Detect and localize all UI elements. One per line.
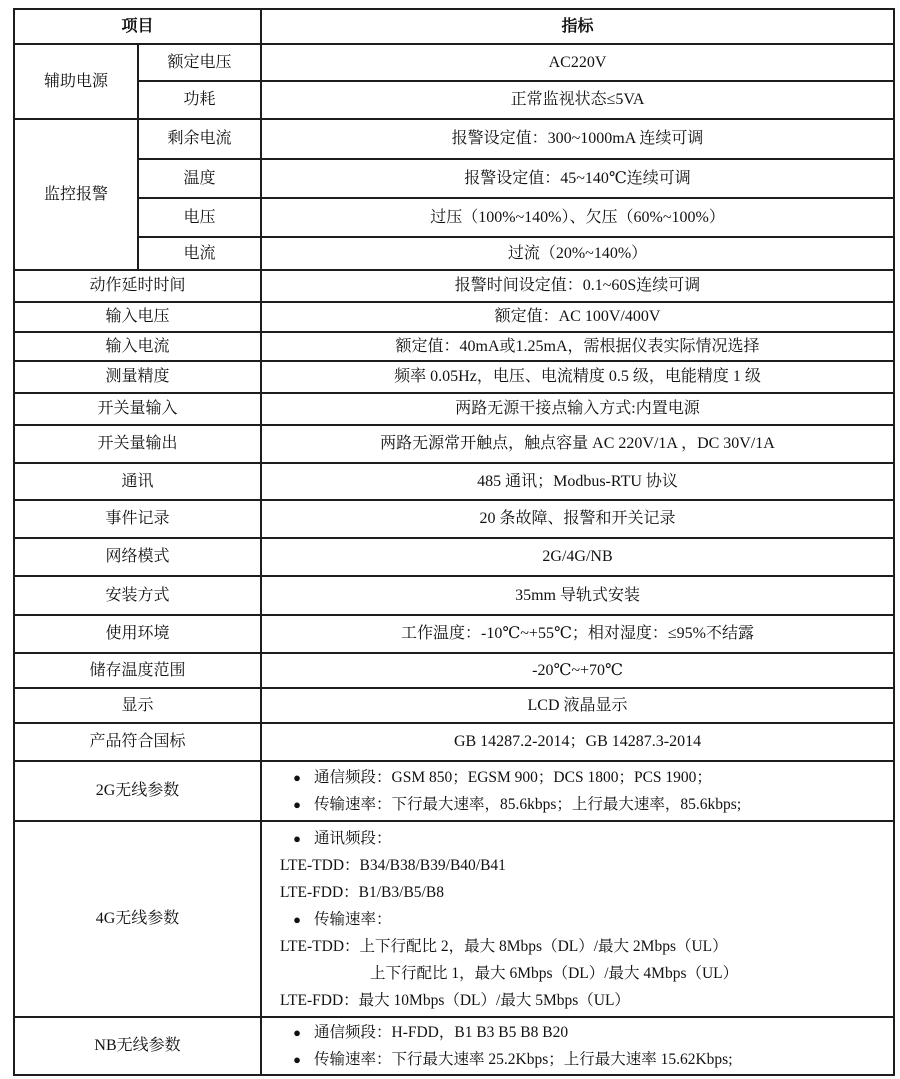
table-row: 动作延时时间 报警时间设定值：0.1~60S连续可调 <box>14 270 894 302</box>
bullet-line: ●传输速率：下行最大速率 25.2Kbps；上行最大速率 15.62Kbps; <box>266 1046 889 1073</box>
bullet-line: ●通信频段：H-FDD，B1 B3 B5 B8 B20 <box>266 1019 889 1046</box>
bullet-line: ●通讯频段： <box>266 825 889 852</box>
row-value: 485 通讯；Modbus-RTU 协议 <box>261 463 894 500</box>
row-label: 动作延时时间 <box>14 270 261 302</box>
text-line: LTE-TDD：B34/B38/B39/B40/B41 <box>266 852 889 879</box>
row-label: 储存温度范围 <box>14 653 261 688</box>
row-value: 报警设定值：45~140℃连续可调 <box>261 159 894 198</box>
row-value-4g: ●通讯频段： LTE-TDD：B34/B38/B39/B40/B41 LTE-F… <box>261 821 894 1017</box>
bullet-icon: ● <box>280 1019 314 1046</box>
sub-label: 剩余电流 <box>138 119 261 159</box>
bullet-icon: ● <box>280 764 314 791</box>
row-value: 工作温度：-10℃~+55℃；相对湿度：≤95%不结露 <box>261 615 894 653</box>
row-label: 显示 <box>14 688 261 723</box>
line-text: LTE-TDD：B34/B38/B39/B40/B41 <box>280 852 506 879</box>
row-value: 20 条故障、报警和开关记录 <box>261 500 894 538</box>
sub-label: 温度 <box>138 159 261 198</box>
header-item-cell: 项目 <box>14 9 261 44</box>
row-label: 安装方式 <box>14 576 261 615</box>
table-row: 测量精度 频率 0.05Hz，电压、电流精度 0.5 级，电能精度 1 级 <box>14 361 894 393</box>
row-value: 过压（100%~140%）、欠压（60%~100%） <box>261 198 894 237</box>
row-label: NB无线参数 <box>14 1017 261 1075</box>
row-label: 开关量输入 <box>14 393 261 425</box>
row-value: 35mm 导轨式安装 <box>261 576 894 615</box>
line-text: 通信频段：H-FDD，B1 B3 B5 B8 B20 <box>314 1019 568 1046</box>
bullet-line: ●传输速率： <box>266 906 889 933</box>
line-text: 通讯频段： <box>314 825 392 852</box>
line-text: LTE-TDD：上下行配比 2，最大 8Mbps（DL）/最大 2Mbps（UL… <box>280 933 728 960</box>
row-value: 额定值：40mA或1.25mA，需根据仪表实际情况选择 <box>261 332 894 361</box>
text-line: LTE-FDD：最大 10Mbps（DL）/最大 5Mbps（UL） <box>266 987 889 1014</box>
table-row: 网络模式 2G/4G/NB <box>14 538 894 576</box>
row-value: 过流（20%~140%） <box>261 237 894 270</box>
table-row: 功耗 正常监视状态≤5VA <box>14 81 894 119</box>
bullet-icon: ● <box>280 1046 314 1073</box>
table-row: 开关量输入 两路无源干接点输入方式:内置电源 <box>14 393 894 425</box>
row-label: 测量精度 <box>14 361 261 393</box>
group-label: 监控报警 <box>14 119 138 270</box>
line-text: 通信频段：GSM 850；EGSM 900；DCS 1800；PCS 1900； <box>314 764 712 791</box>
row-label: 输入电压 <box>14 302 261 332</box>
table-row: 输入电流 额定值：40mA或1.25mA，需根据仪表实际情况选择 <box>14 332 894 361</box>
table-row: 温度 报警设定值：45~140℃连续可调 <box>14 159 894 198</box>
row-label: 事件记录 <box>14 500 261 538</box>
row-label: 输入电流 <box>14 332 261 361</box>
row-value: 正常监视状态≤5VA <box>261 81 894 119</box>
table-row: 电流 过流（20%~140%） <box>14 237 894 270</box>
header-spec-cell: 指标 <box>261 9 894 44</box>
table-row: 开关量输出 两路无源常开触点，触点容量 AC 220V/1A ，DC 30V/1… <box>14 425 894 463</box>
table-row: 辅助电源 额定电压 AC220V <box>14 44 894 81</box>
bullet-icon: ● <box>280 791 314 818</box>
table-header-row: 项目 指标 <box>14 9 894 44</box>
line-text: 传输速率：下行最大速率 25.2Kbps；上行最大速率 15.62Kbps; <box>314 1046 733 1073</box>
row-value: GB 14287.2-2014；GB 14287.3-2014 <box>261 723 894 761</box>
table-row: 显示 LCD 液晶显示 <box>14 688 894 723</box>
row-label: 使用环境 <box>14 615 261 653</box>
sub-label: 额定电压 <box>138 44 261 81</box>
row-value: 两路无源常开触点，触点容量 AC 220V/1A ，DC 30V/1A <box>261 425 894 463</box>
row-value: 额定值：AC 100V/400V <box>261 302 894 332</box>
table-row: 电压 过压（100%~140%）、欠压（60%~100%） <box>14 198 894 237</box>
table-row-nb: NB无线参数 ●通信频段：H-FDD，B1 B3 B5 B8 B20 ●传输速率… <box>14 1017 894 1075</box>
row-value: 2G/4G/NB <box>261 538 894 576</box>
bullet-line: ●通信频段：GSM 850；EGSM 900；DCS 1800；PCS 1900… <box>266 764 889 791</box>
table-row-2g: 2G无线参数 ●通信频段：GSM 850；EGSM 900；DCS 1800；P… <box>14 761 894 821</box>
table-row: 输入电压 额定值：AC 100V/400V <box>14 302 894 332</box>
table-row: 使用环境 工作温度：-10℃~+55℃；相对湿度：≤95%不结露 <box>14 615 894 653</box>
spec-sheet-page: 项目 指标 辅助电源 额定电压 AC220V 功耗 正常监视状态≤5VA 监控报… <box>0 0 900 1079</box>
bullet-icon: ● <box>280 825 314 852</box>
row-value: 报警时间设定值：0.1~60S连续可调 <box>261 270 894 302</box>
line-text: LTE-FDD：B1/B3/B5/B8 <box>280 879 444 906</box>
table-row: 监控报警 剩余电流 报警设定值：300~1000mA 连续可调 <box>14 119 894 159</box>
row-label: 2G无线参数 <box>14 761 261 821</box>
row-label: 通讯 <box>14 463 261 500</box>
row-label: 网络模式 <box>14 538 261 576</box>
text-line: LTE-FDD：B1/B3/B5/B8 <box>266 879 889 906</box>
sub-label: 电压 <box>138 198 261 237</box>
text-line: LTE-TDD：上下行配比 2，最大 8Mbps（DL）/最大 2Mbps（UL… <box>266 933 889 960</box>
table-row: 产品符合国标 GB 14287.2-2014；GB 14287.3-2014 <box>14 723 894 761</box>
table-row: 事件记录 20 条故障、报警和开关记录 <box>14 500 894 538</box>
group-label: 辅助电源 <box>14 44 138 119</box>
row-value: 两路无源干接点输入方式:内置电源 <box>261 393 894 425</box>
bullet-line: ●传输速率：下行最大速率，85.6kbps；上行最大速率，85.6kbps; <box>266 791 889 818</box>
table-row: 储存温度范围 -20℃~+70℃ <box>14 653 894 688</box>
line-text: 传输速率：下行最大速率，85.6kbps；上行最大速率，85.6kbps; <box>314 791 741 818</box>
sub-label: 电流 <box>138 237 261 270</box>
line-text: LTE-FDD：最大 10Mbps（DL）/最大 5Mbps（UL） <box>280 987 630 1014</box>
row-value: 频率 0.05Hz，电压、电流精度 0.5 级，电能精度 1 级 <box>261 361 894 393</box>
row-value: LCD 液晶显示 <box>261 688 894 723</box>
row-value-2g: ●通信频段：GSM 850；EGSM 900；DCS 1800；PCS 1900… <box>261 761 894 821</box>
spec-table: 项目 指标 辅助电源 额定电压 AC220V 功耗 正常监视状态≤5VA 监控报… <box>13 8 895 1076</box>
table-row-4g: 4G无线参数 ●通讯频段： LTE-TDD：B34/B38/B39/B40/B4… <box>14 821 894 1017</box>
table-row: 安装方式 35mm 导轨式安装 <box>14 576 894 615</box>
row-label: 4G无线参数 <box>14 821 261 1017</box>
row-label: 开关量输出 <box>14 425 261 463</box>
table-row: 通讯 485 通讯；Modbus-RTU 协议 <box>14 463 894 500</box>
row-label: 产品符合国标 <box>14 723 261 761</box>
row-value: AC220V <box>261 44 894 81</box>
sub-label: 功耗 <box>138 81 261 119</box>
line-text: 传输速率： <box>314 906 392 933</box>
row-value: 报警设定值：300~1000mA 连续可调 <box>261 119 894 159</box>
line-text: 上下行配比 1，最大 6Mbps（DL）/最大 4Mbps（UL） <box>370 960 738 987</box>
row-value-nb: ●通信频段：H-FDD，B1 B3 B5 B8 B20 ●传输速率：下行最大速率… <box>261 1017 894 1075</box>
bullet-icon: ● <box>280 906 314 933</box>
row-value: -20℃~+70℃ <box>261 653 894 688</box>
text-line-indented: 上下行配比 1，最大 6Mbps（DL）/最大 4Mbps（UL） <box>266 960 889 987</box>
